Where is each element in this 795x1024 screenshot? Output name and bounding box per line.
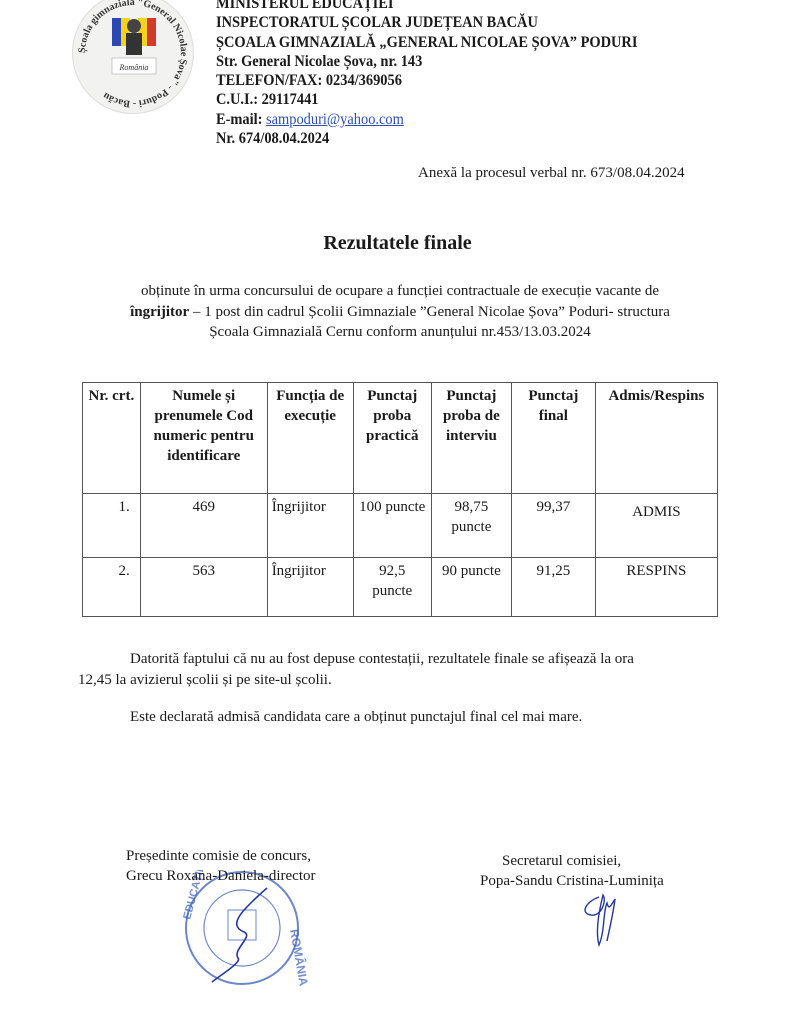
table-header-row: Nr. crt. Numele și prenumele Cod numeric… [83, 383, 718, 494]
cell-interview: 90 puncte [431, 558, 511, 617]
cell-nr: 2. [83, 558, 141, 617]
ministry-name: MINISTERUL EDUCAȚIEI [216, 0, 637, 13]
intro-line-1: obținute în urma concursului de ocupare … [80, 281, 720, 302]
svg-text:România: România [119, 63, 149, 72]
school-crest-logo: Școala gimnazială "General Nicolae Șova"… [72, 0, 194, 114]
cell-nr: 1. [83, 494, 141, 558]
cell-practical: 92,5 puncte [353, 558, 431, 617]
inspectorate-name: INSPECTORATUL ȘCOLAR JUDEȚEAN BACĂU [216, 13, 637, 32]
cell-result: RESPINS [595, 558, 717, 617]
header-final-score: Punctaj final [511, 383, 595, 494]
table-row: 2. 563 Îngrijitor 92,5 puncte 90 puncte … [83, 558, 718, 617]
cell-final: 99,37 [511, 494, 595, 558]
email-line: E-mail: sampoduri@yahoo.com [216, 110, 637, 129]
cell-final: 91,25 [511, 558, 595, 617]
official-stamp-icon: ROMÂNIA EDUCAȚIEI [172, 870, 308, 988]
president-role: Președinte comisie de concurs, [126, 846, 316, 866]
header-interview-score: Punctaj proba de interviu [431, 383, 511, 494]
secretary-signature-block: Secretarul comisiei, Popa-Sandu Cristina… [502, 851, 664, 891]
cell-practical: 100 puncte [353, 494, 431, 558]
table-row: 1. 469 Îngrijitor 100 puncte 98,75 punct… [83, 494, 718, 558]
email-link[interactable]: sampoduri@yahoo.com [266, 111, 404, 128]
notice-paragraph-line-2: 12,45 la avizierul școlii și pe site-ul … [78, 672, 332, 689]
secretary-role: Secretarul comisiei, [502, 851, 664, 871]
notice-paragraph-line-1: Datorită faptului că nu au fost depuse c… [130, 651, 634, 668]
school-crest-icon: Școala gimnazială "General Nicolae Șova"… [72, 0, 194, 114]
cell-code: 469 [140, 494, 267, 558]
header-name-code: Numele și prenumele Cod numeric pentru i… [140, 383, 267, 494]
email-label: E-mail: [216, 111, 266, 128]
school-phone: TELEFON/FAX: 0234/369056 [216, 71, 637, 90]
school-address: Str. General Nicolae Șova, nr. 143 [216, 52, 637, 71]
document-title: Rezultatele finale [0, 232, 795, 255]
header-practical-score: Punctaj proba practică [353, 383, 431, 494]
annex-reference: Anexă la procesul verbal nr. 673/08.04.2… [418, 165, 685, 182]
header-result: Admis/Respins [595, 383, 717, 494]
header-nr: Nr. crt. [83, 383, 141, 494]
cell-interview: 98,75 puncte [431, 494, 511, 558]
header-function: Funcția de execuție [267, 383, 353, 494]
results-table: Nr. crt. Numele și prenumele Cod numeric… [82, 382, 718, 617]
cell-code: 563 [140, 558, 267, 617]
cell-result: ADMIS [595, 494, 717, 558]
intro-paragraph: obținute în urma concursului de ocupare … [80, 281, 720, 343]
secretary-signature-icon [577, 891, 637, 951]
position-name: îngrijitor [130, 304, 189, 320]
letterhead: MINISTERUL EDUCAȚIEI INSPECTORATUL ȘCOLA… [216, 0, 637, 148]
president-signature-block: Președinte comisie de concurs, Grecu Rox… [126, 846, 316, 886]
school-cui: C.U.I.: 29117441 [216, 90, 637, 109]
cell-function: Îngrijitor [267, 558, 353, 617]
secretary-name: Popa-Sandu Cristina-Luminița [480, 871, 664, 891]
admission-statement: Este declarată admisă candidata care a o… [130, 709, 582, 726]
school-name: ȘCOALA GIMNAZIALĂ „GENERAL NICOLAE ȘOVA”… [216, 33, 637, 52]
registration-number: Nr. 674/08.04.2024 [216, 129, 637, 148]
president-name: Grecu Roxana-Daniela-director [126, 866, 316, 886]
cell-function: Îngrijitor [267, 494, 353, 558]
intro-line-2: îngrijitor – 1 post din cadrul Școlii Gi… [80, 302, 720, 323]
intro-line-3: Școala Gimnazială Cernu conform anunțulu… [80, 322, 720, 343]
